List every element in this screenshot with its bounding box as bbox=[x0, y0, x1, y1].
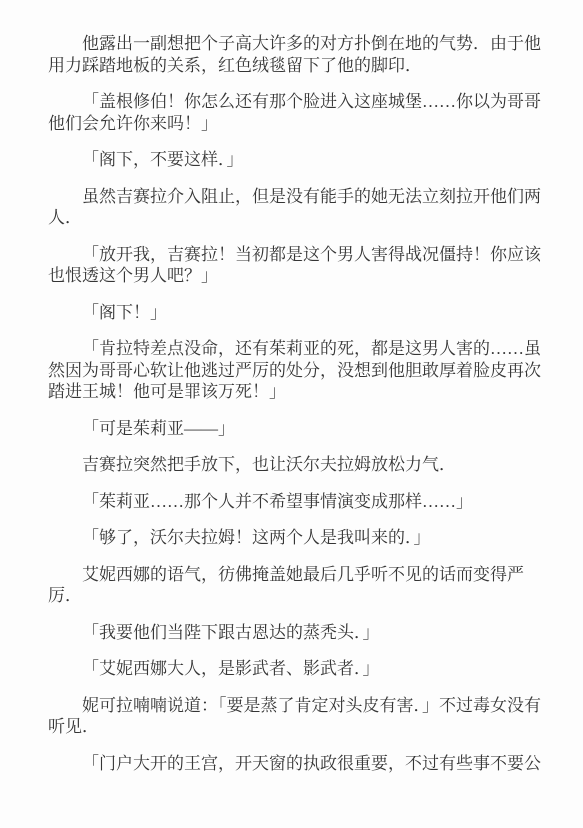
novel-page: 他露出一副想把个子高大许多的对方扑倒在地的气势．由于他用力踩踏地板的关系，红色绒… bbox=[0, 0, 583, 828]
paragraph-1: 他露出一副想把个子高大许多的对方扑倒在地的气势．由于他用力踩踏地板的关系，红色绒… bbox=[48, 33, 541, 76]
paragraph-4: 虽然吉赛拉介入阻止，但是没有能手的她无法立刻拉开他们两人． bbox=[48, 186, 541, 229]
paragraph-12: 艾妮西娜的语气，彷佛掩盖她最后几乎听不见的话而变得严厉． bbox=[48, 564, 541, 607]
text-column: 他露出一副想把个子高大许多的对方扑倒在地的气势．由于他用力踩踏地板的关系，红色绒… bbox=[0, 0, 583, 828]
paragraph-15: 妮可拉喃喃说道：「要是蒸了肯定对头皮有害．」不过毒女没有听见． bbox=[48, 695, 541, 738]
paragraph-11: 「够了，沃尔夫拉姆！这两个人是我叫来的．」 bbox=[48, 527, 541, 549]
paragraph-13: 「我要他们当陛下跟古恩达的蒸秃头．」 bbox=[48, 622, 541, 644]
paragraph-16: 「门户大开的王宫，开天窗的执政很重要，不过有些事不要公 bbox=[48, 753, 541, 775]
paragraph-2: 「盖根修伯！你怎么还有那个脸进入这座城堡……你以为哥哥他们会允许你来吗！」 bbox=[48, 91, 541, 134]
paragraph-8: 「可是茱莉亚——」 bbox=[48, 418, 541, 440]
paragraph-14: 「艾妮西娜大人，是影武者、影武者．」 bbox=[48, 658, 541, 680]
paragraph-3: 「阁下，不要这样．」 bbox=[48, 149, 541, 171]
paragraph-6: 「阁下！」 bbox=[48, 302, 541, 324]
paragraph-7: 「肯拉特差点没命，还有茱莉亚的死，都是这男人害的……虽然因为哥哥心软让他逃过严厉… bbox=[48, 338, 541, 403]
paragraph-9: 吉赛拉突然把手放下，也让沃尔夫拉姆放松力气． bbox=[48, 454, 541, 476]
paragraph-5: 「放开我，吉赛拉！当初都是这个男人害得战况僵持！你应该也恨透这个男人吧？」 bbox=[48, 244, 541, 287]
paragraph-10: 「茱莉亚……那个人并不希望事情演变成那样……」 bbox=[48, 491, 541, 513]
